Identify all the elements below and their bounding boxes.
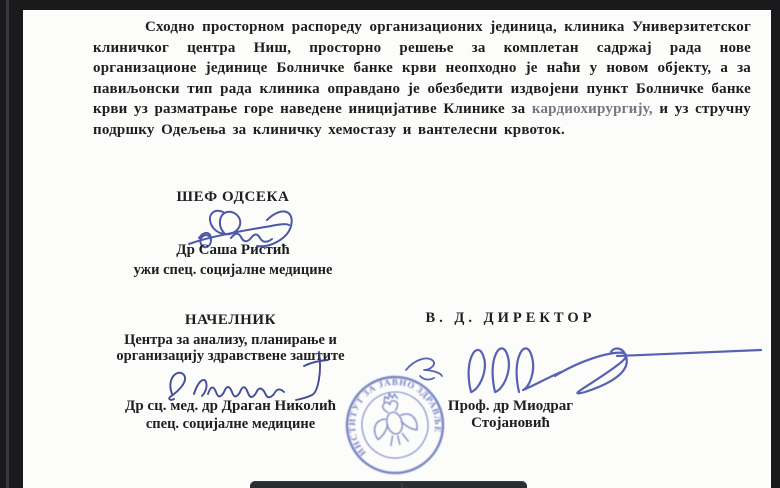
signer-right-title: В. Д. ДИРЕКТОР <box>408 310 613 327</box>
viewer-background: Сходно просторном распореду организацион… <box>0 0 780 488</box>
signer-block-right: В. Д. ДИРЕКТОР Проф. др Миодраг Стојанов… <box>408 10 613 430</box>
signer-center-name: Др сц. мед. др Драган Николић <box>98 398 363 415</box>
bottom-toolbar-divider <box>401 483 403 488</box>
window-edge-highlight <box>6 0 9 488</box>
signer-block-center: НАЧЕЛНИК Центра за анализу, планирање и … <box>98 10 363 450</box>
signer-center-credential: спец. социјалне медицине <box>98 416 363 433</box>
signature-miodrag-stojanovic <box>443 328 771 408</box>
bottom-toolbar[interactable] <box>250 481 527 488</box>
signer-right-name: Проф. др Миодраг Стојановић <box>408 398 613 432</box>
document-page: Сходно просторном распореду организацион… <box>23 10 771 488</box>
signer-center-title: НАЧЕЛНИК <box>98 312 363 329</box>
paraph-mark <box>400 352 450 384</box>
signer-center-org-line1: Центра за анализу, планирање и <box>98 332 363 349</box>
